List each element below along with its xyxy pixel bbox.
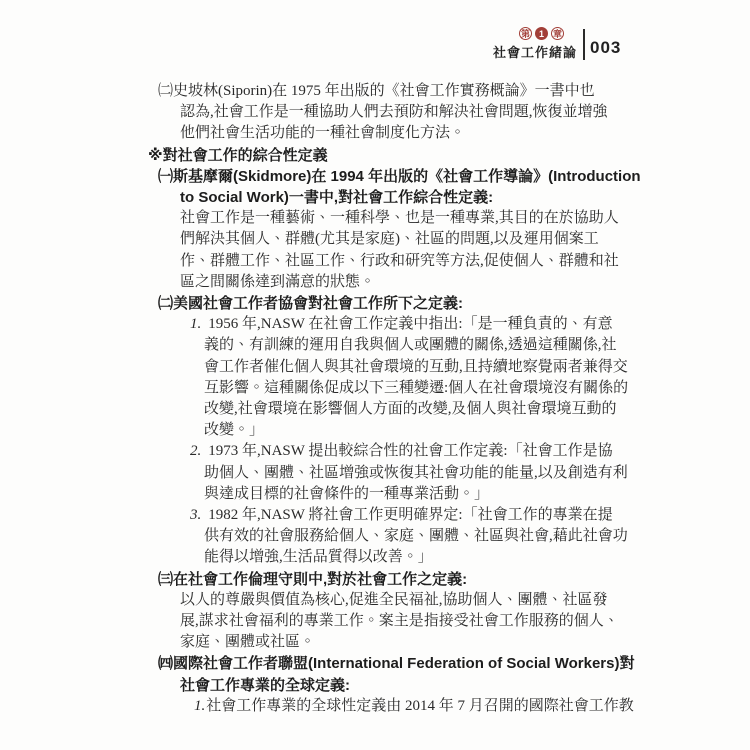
text-line: 以人的尊嚴與價值為核心,促進全民福祉,協助個人、團體、社區發 <box>180 590 640 611</box>
header-divider <box>583 29 585 60</box>
list-marker: 1. <box>190 316 201 332</box>
list-marker: 2. <box>190 443 201 459</box>
chapter-badge-char-first: 第 <box>519 27 532 40</box>
numbered-item: 2.1973 年,NASW 提出較綜合性的社會工作定義:「社會工作是協助個人、團… <box>148 441 640 505</box>
text-line: 互影響。這種關係促成以下三種變遷:個人在社會環境沒有關係的 <box>204 378 640 399</box>
text-line: 認為,社會工作是一種協助人們去預防和解決社會問題,恢復並增強 <box>180 102 640 123</box>
text-line: 展,謀求社會福利的專業工作。案主是指接受社會工作服務的個人、 <box>180 611 640 632</box>
list-marker: ㈢ <box>158 571 173 588</box>
text-line: 們解決其個人、群體(尤其是家庭)、社區的問題,以及運用個案工 <box>180 229 640 250</box>
list-marker: 1. <box>194 698 205 714</box>
text-line: ㈠斯基摩爾(Skidmore)在 1994 年出版的《社會工作導論》(Intro… <box>158 166 640 187</box>
text-line: 與達成目標的社會條件的一種專業活動。」 <box>204 484 640 505</box>
section-item: ㈡美國社會工作者協會對社會工作所下之定義: <box>148 293 640 314</box>
chapter-title: 社會工作緒論 <box>492 42 578 61</box>
text-line: 助個人、團體、社區增強或恢復其社會功能的能量,以及創造有利 <box>204 463 640 484</box>
numbered-item: 1.社會工作專業的全球性定義由 2014 年 7 月召開的國際社會工作教 <box>148 696 640 717</box>
section-item: ㈢在社會工作倫理守則中,對於社會工作之定義: <box>148 569 640 590</box>
text-line: 改變,社會環境在影響個人方面的改變,及個人與社會環境互動的 <box>204 399 640 420</box>
text-line: 社會工作是一種藝術、一種科學、也是一種專業,其目的在於協助人 <box>180 208 640 229</box>
text-line: 作、群體工作、社區工作、行政和研究等方法,促使個人、群體和社 <box>180 251 640 272</box>
text-line: 義的、有訓練的運用自我與個人或團體的關係,透過這種關係,社 <box>204 335 640 356</box>
section-item: ㈣國際社會工作者聯盟(International Federation of S… <box>148 653 640 695</box>
list-marker: ㈡ <box>158 295 173 312</box>
book-page: 第 1 章 社會工作緒論 003 ㈡史坡林(Siporin)在 1975 年出版… <box>0 0 750 750</box>
text-line: to Social Work)一書中,對社會工作綜合性定義: <box>180 187 640 208</box>
section-item: ㈡史坡林(Siporin)在 1975 年出版的《社會工作實務概論》一書中也認為… <box>148 81 640 145</box>
text-line: 供有效的社會服務給個人、家庭、團體、社區與社會,藉此社會功 <box>204 526 640 547</box>
numbered-item: 1.1956 年,NASW 在社會工作定義中指出:「是一種負責的、有意義的、有訓… <box>148 314 640 441</box>
text-line: 1.社會工作專業的全球性定義由 2014 年 7 月召開的國際社會工作教 <box>194 696 640 717</box>
subsection-heading: ※對社會工作的綜合性定義 <box>148 145 640 166</box>
text-line: ㈡美國社會工作者協會對社會工作所下之定義: <box>158 293 640 314</box>
chapter-badge: 第 1 章 <box>519 27 564 40</box>
text-line: 家庭、團體或社區。 <box>180 632 640 653</box>
paragraph: 社會工作是一種藝術、一種科學、也是一種專業,其目的在於協助人們解決其個人、群體(… <box>148 208 640 293</box>
text-line: 區之間關係達到滿意的狀態。 <box>180 272 640 293</box>
text-line: ㈣國際社會工作者聯盟(International Federation of S… <box>158 653 640 674</box>
text-line: 1.1956 年,NASW 在社會工作定義中指出:「是一種負責的、有意 <box>190 314 640 335</box>
page-body-text: ㈡史坡林(Siporin)在 1975 年出版的《社會工作實務概論》一書中也認為… <box>148 81 640 717</box>
page-number: 003 <box>590 38 621 58</box>
list-marker: ㈡ <box>158 83 173 99</box>
text-line: 會工作者催化個人與其社會環境的互動,且持續地察覺兩者兼得交 <box>204 357 640 378</box>
list-marker: 3. <box>190 507 201 523</box>
text-line: ㈡史坡林(Siporin)在 1975 年出版的《社會工作實務概論》一書中也 <box>158 81 640 102</box>
text-line: ㈢在社會工作倫理守則中,對於社會工作之定義: <box>158 569 640 590</box>
list-marker: ㈣ <box>158 655 173 672</box>
chapter-badge-char-last: 章 <box>551 27 564 40</box>
numbered-item: 3.1982 年,NASW 將社會工作更明確界定:「社會工作的專業在提供有效的社… <box>148 505 640 569</box>
text-line: 社會工作專業的全球定義: <box>180 675 640 696</box>
list-marker: ㈠ <box>158 168 173 185</box>
text-line: 他們社會生活功能的一種社會制度化方法。 <box>180 123 640 144</box>
text-line: 3.1982 年,NASW 將社會工作更明確界定:「社會工作的專業在提 <box>190 505 640 526</box>
chapter-number-icon: 1 <box>535 27 548 40</box>
text-line: 能得以增強,生活品質得以改善。」 <box>204 547 640 568</box>
text-line: 改變。」 <box>204 420 640 441</box>
text-line: 2.1973 年,NASW 提出較綜合性的社會工作定義:「社會工作是協 <box>190 441 640 462</box>
text-line: ※對社會工作的綜合性定義 <box>148 145 640 166</box>
paragraph: 以人的尊嚴與價值為核心,促進全民福祉,協助個人、團體、社區發展,謀求社會福利的專… <box>148 590 640 654</box>
section-item: ㈠斯基摩爾(Skidmore)在 1994 年出版的《社會工作導論》(Intro… <box>148 166 640 208</box>
